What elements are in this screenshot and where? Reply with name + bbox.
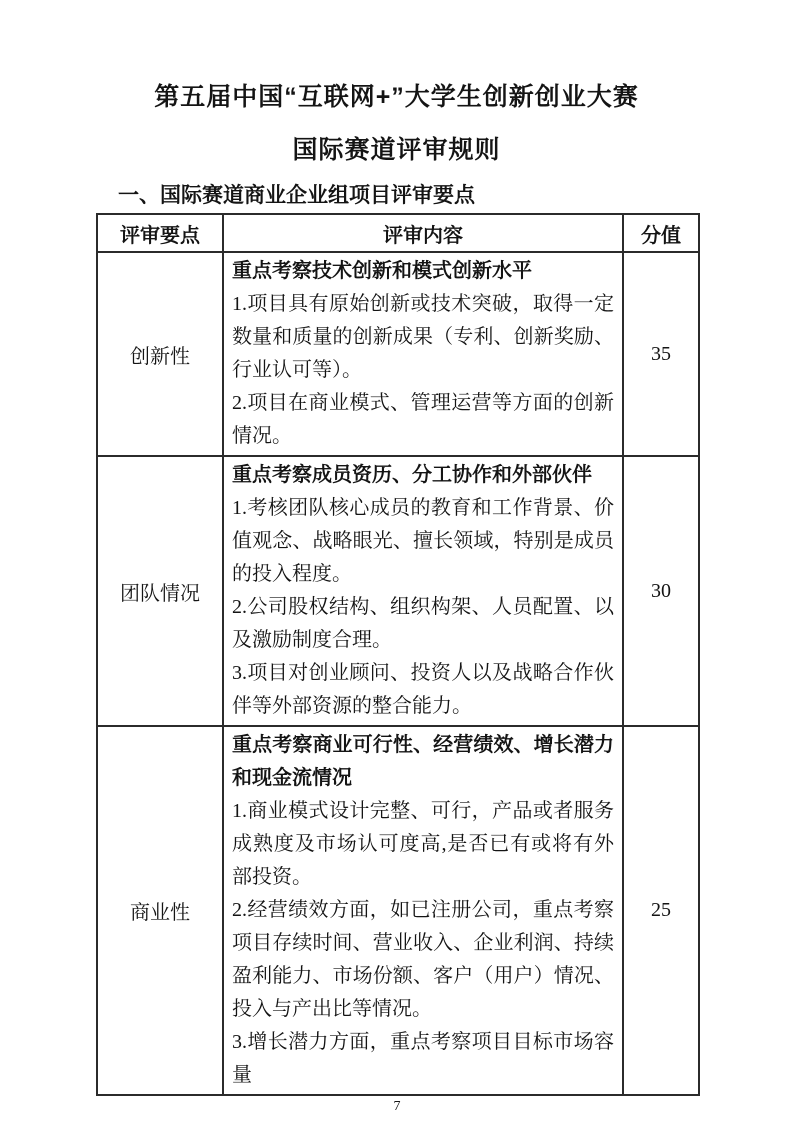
content-cell-innovation: 重点考察技术创新和模式创新水平 1.项目具有原始创新或技术突破，取得一定数量和质… [223,252,623,456]
table-row-commercial: 商业性 重点考察商业可行性、经营绩效、增长潜力和现金流情况 1.商业模式设计完整… [97,726,699,1095]
content-item: 2.项目在商业模式、管理运营等方面的创新情况。 [232,387,614,453]
document-page: 第五届中国“互联网+”大学生创新创业大赛 国际赛道评审规则 一、国际赛道商业企业… [0,0,793,1122]
criterion-label-innovation: 创新性 [97,252,223,456]
criterion-label-commercial: 商业性 [97,726,223,1095]
page-number: 7 [96,1099,698,1115]
score-value-commercial: 25 [623,726,699,1095]
table-row-team: 团队情况 重点考察成员资历、分工协作和外部伙伴 1.考核团队核心成员的教育和工作… [97,456,699,726]
focus-line: 重点考察技术创新和模式创新水平 [232,255,614,288]
col-header-content: 评审内容 [223,214,623,252]
content-item: 1.项目具有原始创新或技术突破，取得一定数量和质量的创新成果（专利、创新奖励、行… [232,288,614,387]
document-title: 第五届中国“互联网+”大学生创新创业大赛 [0,82,793,112]
content-item: 1.考核团队核心成员的教育和工作背景、价值观念、战略眼光、擅长领域，特别是成员的… [232,492,614,591]
col-header-score: 分值 [623,214,699,252]
content-item: 2.经营绩效方面，如已注册公司，重点考察项目存续时间、营业收入、企业利润、持续盈… [232,894,614,1026]
focus-line: 重点考察成员资历、分工协作和外部伙伴 [232,459,614,492]
content-item: 3.项目对创业顾问、投资人以及战略合作伙伴等外部资源的整合能力。 [232,657,614,723]
table-header-row: 评审要点 评审内容 分值 [97,214,699,252]
col-header-criterion: 评审要点 [97,214,223,252]
content-cell-team: 重点考察成员资历、分工协作和外部伙伴 1.考核团队核心成员的教育和工作背景、价值… [223,456,623,726]
score-value-innovation: 35 [623,252,699,456]
score-value-team: 30 [623,456,699,726]
section-heading: 一、国际赛道商业企业组项目评审要点 [118,184,793,208]
content-item: 3.增长潜力方面，重点考察项目目标市场容量 [232,1026,614,1092]
content-item: 1.商业模式设计完整、可行，产品或者服务成熟度及市场认可度高,是否已有或将有外部… [232,795,614,894]
focus-line: 重点考察商业可行性、经营绩效、增长潜力和现金流情况 [232,729,614,795]
review-criteria-table: 评审要点 评审内容 分值 创新性 重点考察技术创新和模式创新水平 1.项目具有原… [96,213,700,1096]
table-row-innovation: 创新性 重点考察技术创新和模式创新水平 1.项目具有原始创新或技术突破，取得一定… [97,252,699,456]
document-subtitle: 国际赛道评审规则 [0,135,793,165]
criterion-label-team: 团队情况 [97,456,223,726]
content-item: 2.公司股权结构、组织构架、人员配置、以及激励制度合理。 [232,591,614,657]
content-cell-commercial: 重点考察商业可行性、经营绩效、增长潜力和现金流情况 1.商业模式设计完整、可行，… [223,726,623,1095]
